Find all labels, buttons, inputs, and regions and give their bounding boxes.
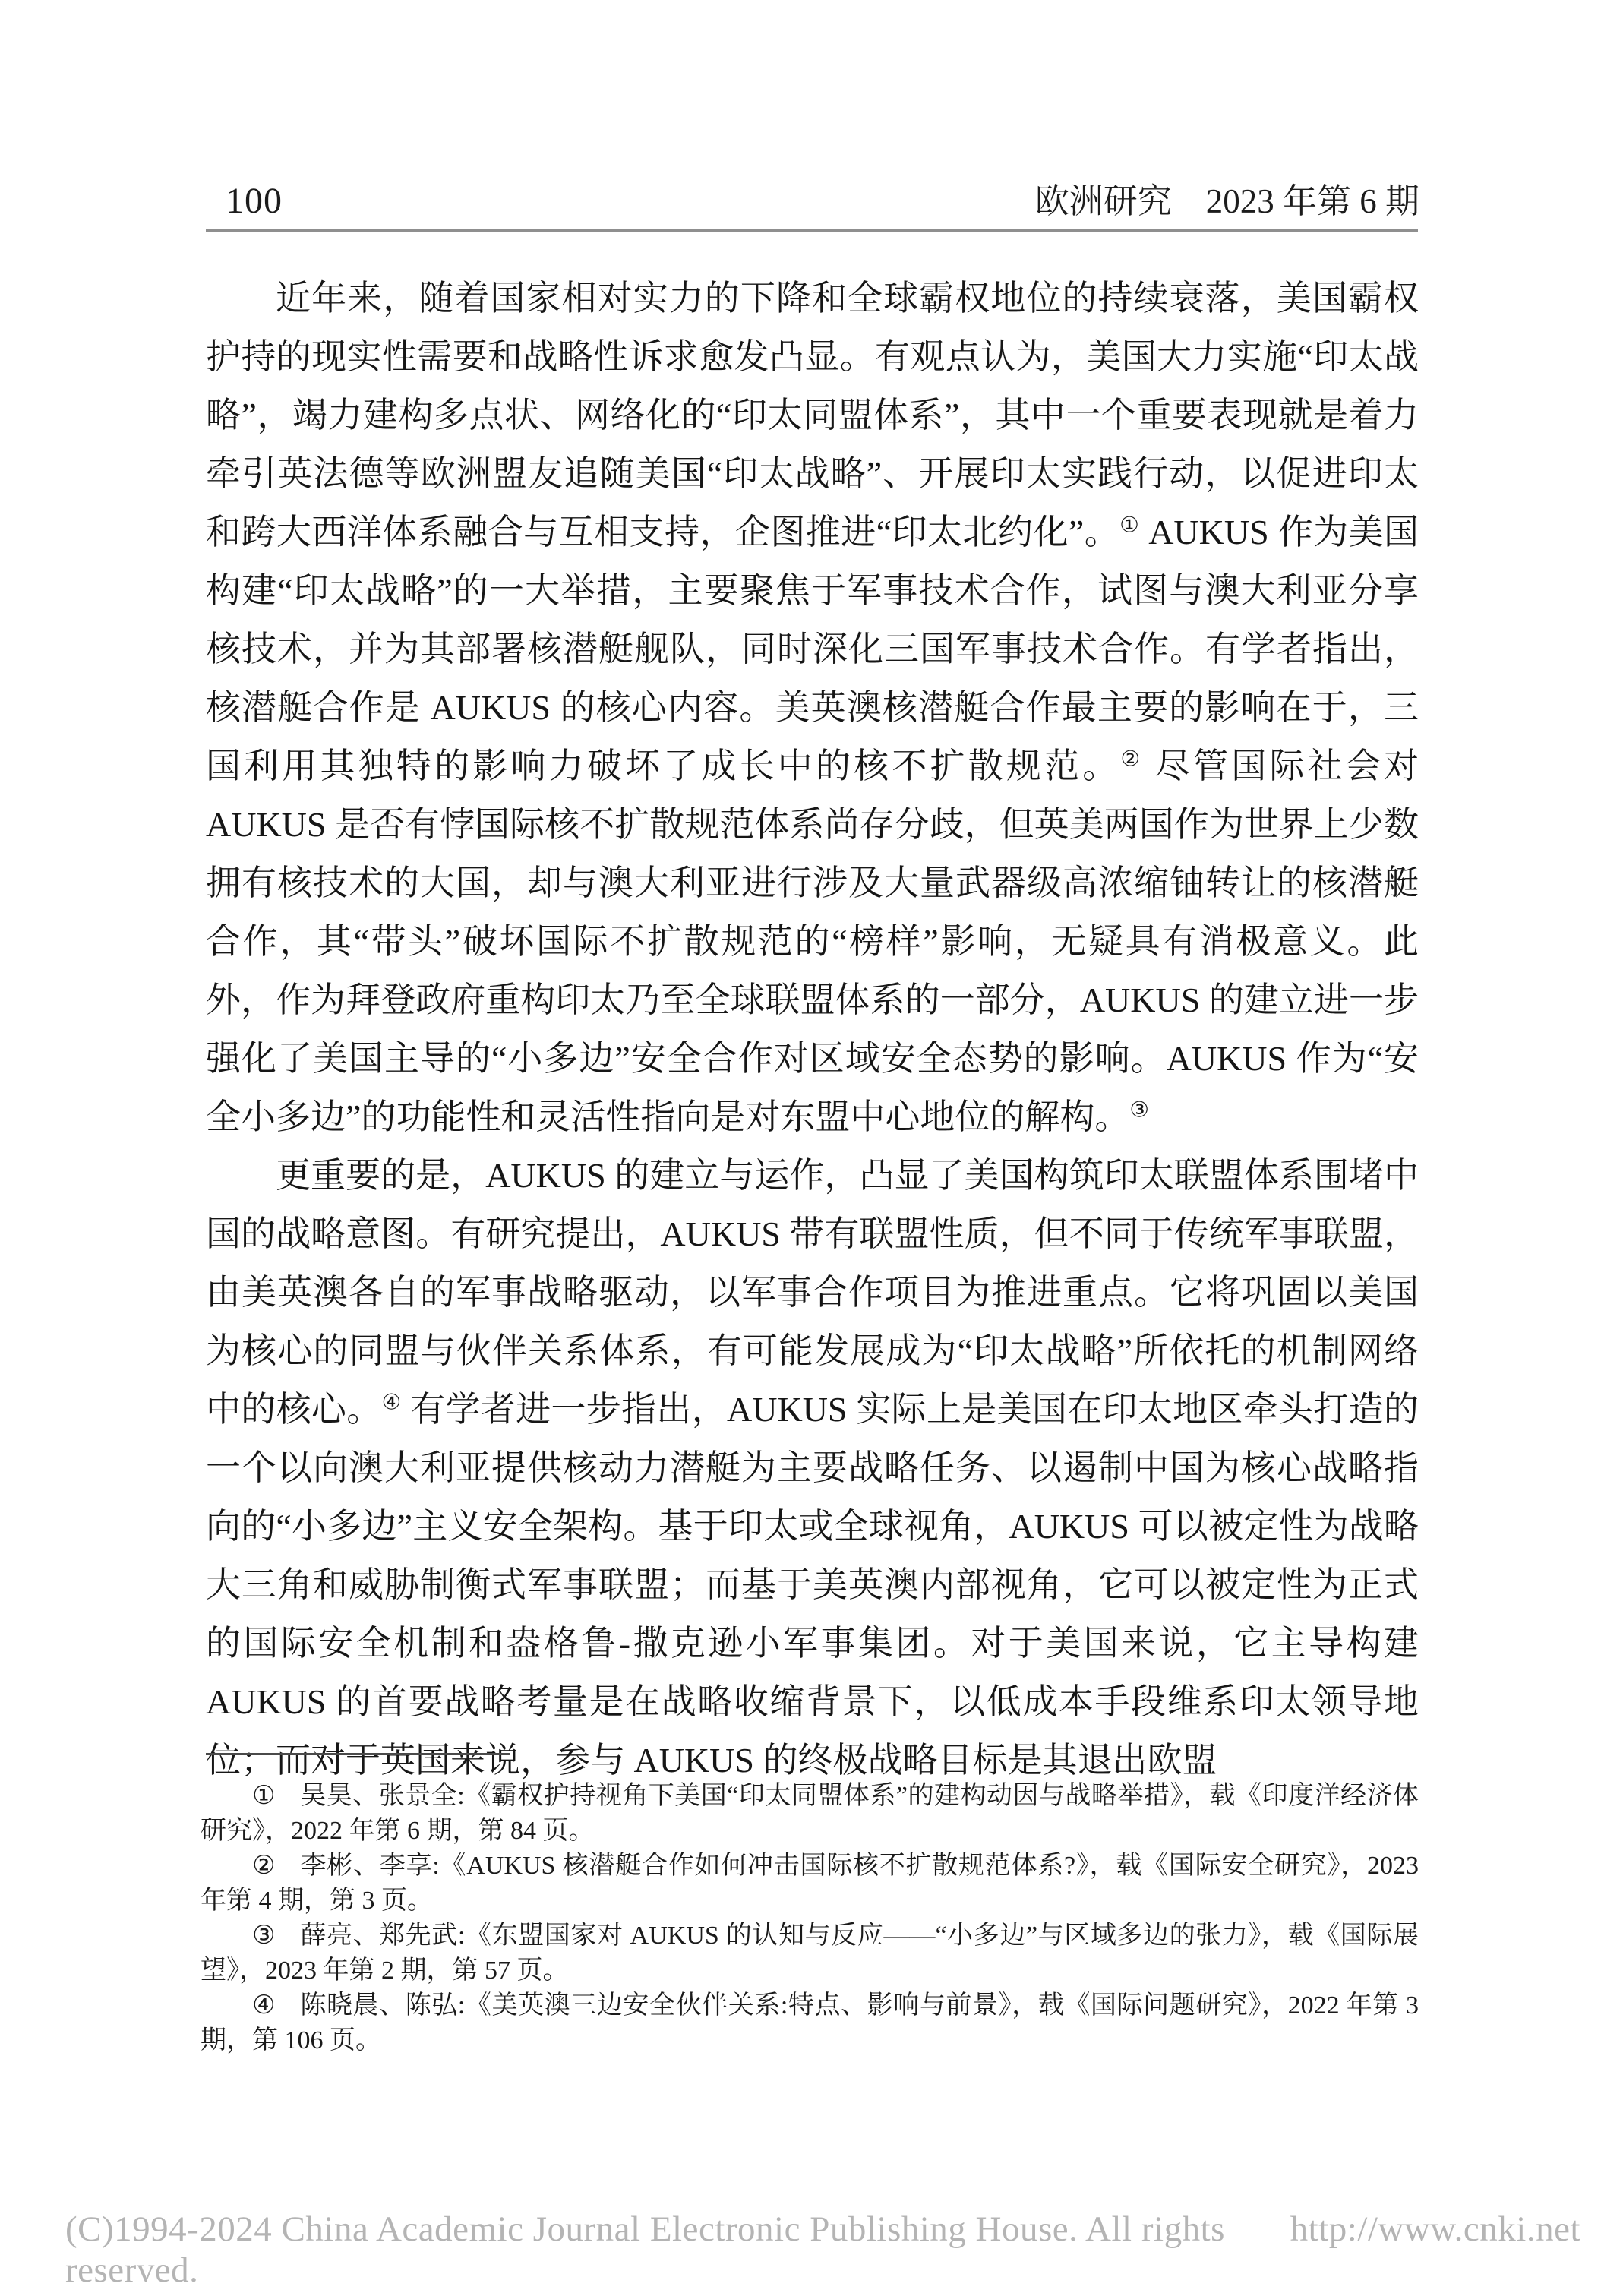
- page-footer: (C)1994-2024 China Academic Journal Elec…: [65, 2209, 1580, 2291]
- footnote-text: 李彬、李享:《AUKUS 核潜艇合作如何冲击国际核不扩散规范体系?》，载《国际安…: [201, 1852, 1419, 1915]
- footnote-reference-mark: ③: [1129, 1098, 1149, 1122]
- footnote-marker: ④: [252, 1991, 276, 2020]
- body-text-segment: AUKUS 作为美国构建“印太战略”的一大举措，主要聚焦于军事技术合作，试图与澳…: [206, 513, 1419, 785]
- footer-copyright: (C)1994-2024 China Academic Journal Elec…: [65, 2209, 1290, 2291]
- footnote-item: ④陈晓晨、陈弘:《美英澳三边安全伙伴关系:特点、影响与前景》，载《国际问题研究》…: [201, 1988, 1419, 2058]
- body-text-segment: 尽管国际社会对 AUKUS 是否有悖国际核不扩散规范体系尚存分歧，但英美两国作为…: [206, 747, 1419, 1136]
- document-page: 100 欧洲研究 2023 年第 6 期 近年来，随着国家相对实力的下降和全球霸…: [0, 0, 1623, 2296]
- footer-url: http://www.cnki.net: [1290, 2209, 1580, 2250]
- footnote-marker: ③: [252, 1922, 276, 1950]
- page-number: 100: [206, 180, 283, 222]
- footnote-reference-mark: ①: [1119, 513, 1139, 537]
- footnote-reference-mark: ④: [382, 1391, 402, 1414]
- journal-issue-header: 欧洲研究 2023 年第 6 期: [1035, 173, 1419, 223]
- body-text-segment: 近年来，随着国家相对实力的下降和全球霸权地位的持续衰落，美国霸权护持的现实性需要…: [206, 279, 1419, 551]
- footnote-text: 薛亮、郑先武:《东盟国家对 AUKUS 的认知与反应——“小多边”与区域多边的张…: [201, 1922, 1419, 1985]
- footnotes-list: ①吴昊、张景全:《霸权护持视角下美国“印太同盟体系”的建构动因与战略举措》，载《…: [201, 1779, 1419, 2058]
- header-rule: [206, 229, 1418, 232]
- footnote-marker: ①: [252, 1782, 276, 1810]
- footnote-text: 吴昊、张景全:《霸权护持视角下美国“印太同盟体系”的建构动因与战略举措》，载《印…: [201, 1782, 1419, 1845]
- footnote-item: ①吴昊、张景全:《霸权护持视角下美国“印太同盟体系”的建构动因与战略举措》，载《…: [201, 1779, 1419, 1849]
- footnote-text: 陈晓晨、陈弘:《美英澳三边安全伙伴关系:特点、影响与前景》，载《国际问题研究》，…: [201, 1991, 1419, 2054]
- running-head: 100 欧洲研究 2023 年第 6 期: [206, 173, 1419, 223]
- body-text-segment: 有学者进一步指出，AUKUS 实际上是美国在印太地区牵头打造的一个以向澳大利亚提…: [206, 1390, 1419, 1780]
- footnote-marker: ②: [252, 1852, 276, 1880]
- footnote-item: ②李彬、李享:《AUKUS 核潜艇合作如何冲击国际核不扩散规范体系?》，载《国际…: [201, 1849, 1419, 1919]
- footnote-separator-rule: [206, 1753, 510, 1755]
- body-text-segment: 更重要的是，AUKUS 的建立与运作，凸显了美国构筑印太联盟体系围堵中国的战略意…: [206, 1156, 1419, 1429]
- body-paragraph: 更重要的是，AUKUS 的建立与运作，凸显了美国构筑印太联盟体系围堵中国的战略意…: [206, 1146, 1419, 1789]
- body-paragraph: 近年来，随着国家相对实力的下降和全球霸权地位的持续衰落，美国霸权护持的现实性需要…: [206, 269, 1419, 1146]
- footnote-reference-mark: ②: [1120, 747, 1143, 771]
- footnote-item: ③薛亮、郑先武:《东盟国家对 AUKUS 的认知与反应——“小多边”与区域多边的…: [201, 1919, 1419, 1988]
- body-paragraphs: 近年来，随着国家相对实力的下降和全球霸权地位的持续衰落，美国霸权护持的现实性需要…: [206, 269, 1419, 1789]
